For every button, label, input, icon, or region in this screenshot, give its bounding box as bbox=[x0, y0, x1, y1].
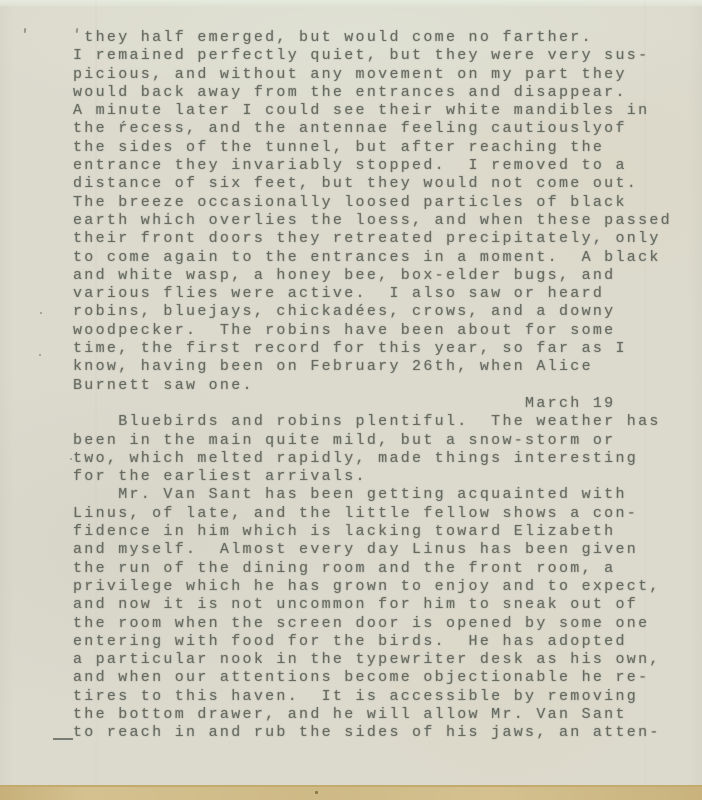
underscore-mark bbox=[53, 738, 73, 740]
stray-mark bbox=[315, 791, 318, 794]
stray-mark bbox=[24, 28, 27, 33]
stray-mark bbox=[39, 354, 41, 356]
stray-mark bbox=[70, 458, 72, 460]
scan-top-edge bbox=[0, 0, 702, 7]
stray-mark bbox=[40, 312, 42, 314]
scanned-page: they half emerged, but would come no far… bbox=[0, 0, 702, 800]
typewritten-text: they half emerged, but would come no far… bbox=[73, 29, 672, 743]
underlying-page-edge bbox=[0, 785, 702, 800]
